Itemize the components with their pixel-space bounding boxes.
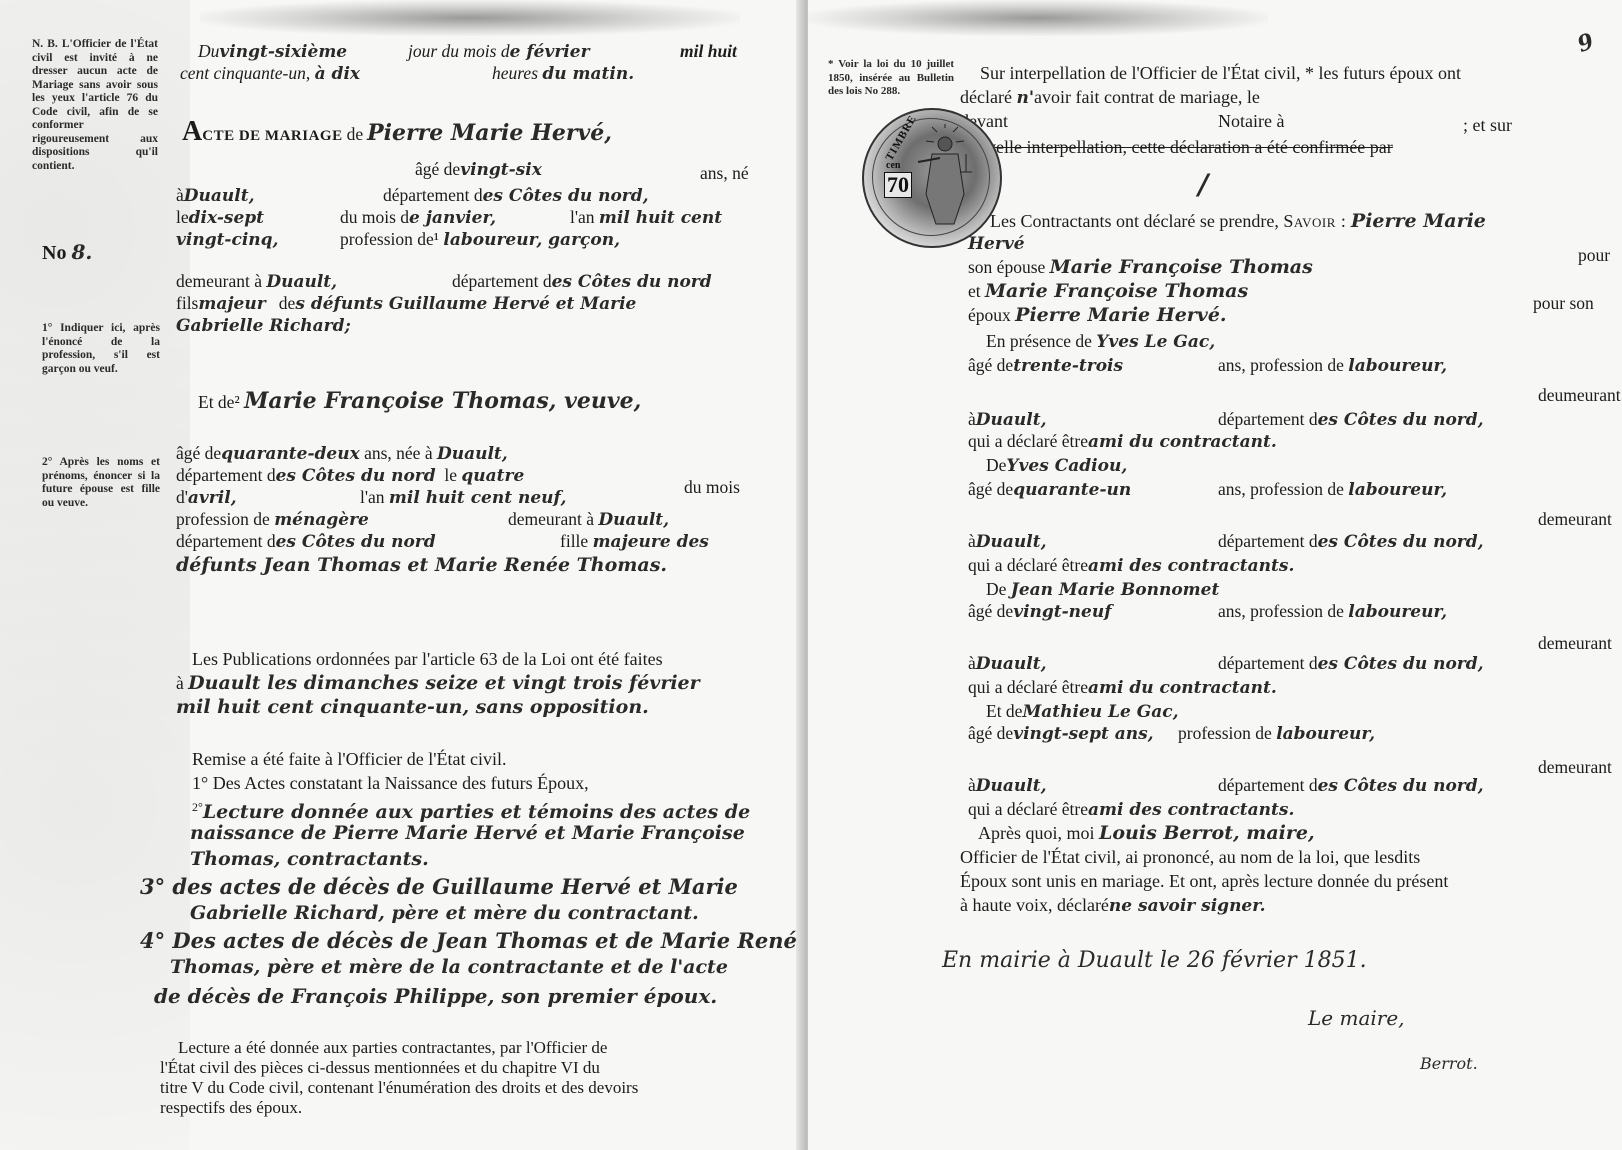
bride-dept-label: département d <box>176 465 276 485</box>
contrat-avoir: avoir fait contrat de mariage, le <box>1034 87 1260 107</box>
witness-1-relation: ami du contractant. <box>1088 432 1277 452</box>
declaration-savoir: Savoir : <box>1283 211 1346 231</box>
margin-note-nb: N. B. L'Officier de l'État civil est inv… <box>32 38 158 173</box>
closing-line-2: Officier de l'État civil, ai prononcé, a… <box>960 846 1420 868</box>
witness-1-relation-line: qui a déclaré êtreami du contractant. <box>968 430 1277 453</box>
act-title: ACTE DE MARIAGE de Pierre Marie Hervé, <box>182 116 612 148</box>
publications-hand-1: Duault les dimanches seize et vingt troi… <box>188 672 700 694</box>
witness-3-profession-label: ans, profession de <box>1218 601 1344 621</box>
witness-2-age-line: âgé dequarante-un <box>968 478 1131 501</box>
witness-3-qui-label: qui a déclaré être <box>968 677 1088 697</box>
bride-du-mois: du mois <box>684 476 740 498</box>
groom-profession-label: profession de¹ <box>340 229 439 249</box>
witness-1-residence-line: àDuault, <box>968 408 1047 431</box>
closing-officer: Louis Berrot, maire, <box>1099 822 1315 844</box>
witness-1-profession-line: ans, profession de laboureur, <box>1218 354 1447 377</box>
bride-birth-dept-line: département des Côtes du nord le quatre <box>176 464 524 487</box>
bride-filiation: majeure des <box>593 532 709 552</box>
witness-1-profession: laboureur, <box>1348 356 1447 376</box>
date-hour: à dix <box>315 64 360 84</box>
groom-lan: l'an <box>570 207 595 227</box>
groom-du-mois: du mois d <box>340 207 409 227</box>
witness-4-relation-line: qui a déclaré êtreami des contractants. <box>968 798 1294 821</box>
groom-res-dept-line: département des Côtes du nord <box>452 270 712 293</box>
contrat-et-sur: ; et sur <box>1463 114 1512 136</box>
bride-profession-label: profession de <box>176 509 270 529</box>
contrat-dash: / <box>1198 168 1208 201</box>
witness-2-dept-line: département des Côtes du nord, <box>1218 530 1484 553</box>
bride-profession-line: profession de ménagère <box>176 508 369 531</box>
remise-line-1: Remise a été faite à l'Officier de l'Éta… <box>192 748 507 770</box>
witness-4-dept-line: département des Côtes du nord, <box>1218 774 1484 797</box>
bride-birth-dept: es Côtes du nord <box>276 466 436 486</box>
witness-4-profession-label: profession de <box>1178 723 1272 743</box>
witness-3-demeurant: demeurant <box>1538 632 1612 654</box>
groom-age-line: âgé devingt-six <box>415 158 542 181</box>
closing-date: En mairie à Duault le 26 février 1851. <box>942 948 1367 973</box>
groom-parents-line-2: Gabrielle Richard; <box>176 314 351 337</box>
witness-4-profession: laboureur, <box>1276 724 1375 744</box>
remise-item3-hand-1: 3° des actes de décès de Guillaume Hervé… <box>140 874 738 899</box>
groom-birthday-line: ledix-sept <box>176 206 264 229</box>
groom-residence-line: demeurant à Duault, <box>176 270 337 293</box>
witness-1-dept-label: département d <box>1218 409 1318 429</box>
witness-4-residence: Duault, <box>976 776 1047 796</box>
date-heures: heures <box>492 63 538 83</box>
witness-4-age-label: âgé de <box>968 723 1013 743</box>
witness-2-dept: es Côtes du nord, <box>1318 532 1484 552</box>
bride-ans-nee: ans, née à <box>364 443 433 463</box>
mayor-signature: Berrot. <box>1420 1054 1478 1073</box>
bride-age-label: âgé de <box>176 443 221 463</box>
bride-parents: défunts Jean Thomas et Marie Renée Thoma… <box>176 554 667 576</box>
declaration-groom-line-2: Hervé <box>968 232 1025 255</box>
bride-filiation-line: fille majeure des <box>560 530 709 553</box>
witness-2-qui-label: qui a déclaré être <box>968 555 1088 575</box>
remise-item2-hand-2: naissance de Pierre Marie Hervé et Marie… <box>190 822 745 844</box>
witness-4-intro: Et deMathieu Le Gac, <box>986 700 1179 723</box>
contrat-line-2: déclaré n'avoir fait contrat de mariage,… <box>960 86 1260 109</box>
remise-item2-line-3: Thomas, contractants. <box>190 848 429 870</box>
bride-age: quarante-deux <box>221 444 360 464</box>
bride-birth-day: quatre <box>461 466 524 486</box>
remise-item2-hand-3: Thomas, contractants. <box>190 848 429 870</box>
witness-4-demeurant: demeurant <box>1538 756 1612 778</box>
declaration-pour-son: pour son <box>1533 292 1594 314</box>
witness-2-name: Yves Cadiou, <box>1006 456 1127 476</box>
remise-item2-line-2: naissance de Pierre Marie Hervé et Marie… <box>190 822 745 844</box>
witness-3-profession-line: ans, profession de laboureur, <box>1218 600 1447 623</box>
groom-parents-1: s défunts Guillaume Hervé et Marie <box>295 294 636 314</box>
witness-2-relation-line: qui a déclaré êtreami des contractants. <box>968 554 1294 577</box>
witness-4-age-line: âgé devingt-sept ans, <box>968 722 1154 745</box>
act-number-label: No <box>42 242 66 264</box>
witness-3-residence: Duault, <box>976 654 1047 674</box>
groom-birthplace-line: àDuault, <box>176 184 255 207</box>
witness-1-residence: Duault, <box>976 410 1047 430</box>
groom-birth-month-line: du mois de janvier, <box>340 206 496 229</box>
remise-item4-hand-2: Thomas, père et mère de la contractante … <box>170 956 728 978</box>
bride-name: Marie Françoise Thomas, veuve, <box>244 388 641 414</box>
publications-hand-line-2: mil huit cent cinquante-un, sans opposit… <box>176 696 649 718</box>
witness-3-intro: De Jean Marie Bonnomet <box>986 578 1219 601</box>
publications-hand-line-1: à Duault les dimanches seize et vingt tr… <box>176 672 700 694</box>
witness-2-residence: Duault, <box>976 532 1047 552</box>
witness-1-age-line: âgé detrente-trois <box>968 354 1123 377</box>
witness-1-intro-label: En présence de <box>986 331 1092 351</box>
witness-4-dept-label: département d <box>1218 775 1318 795</box>
groom-demeurant-label: demeurant à <box>176 271 262 291</box>
witness-3-a: à <box>968 653 976 673</box>
contrat-line-4: nouvelle interpellation, cette déclarati… <box>960 136 1393 158</box>
groom-de: de <box>279 293 296 313</box>
witness-2-a: à <box>968 531 976 551</box>
bride-age-line: âgé dequarante-deux ans, née à Duault, <box>176 442 508 465</box>
bride-lan: l'an <box>360 487 385 507</box>
witness-2-residence-line: àDuault, <box>968 530 1047 553</box>
bride-le: le <box>444 465 457 485</box>
witness-2-intro-label: De <box>986 455 1006 475</box>
declaration-epouse-line: son épouse Marie Françoise Thomas <box>968 256 1313 278</box>
witness-4-dept: es Côtes du nord, <box>1318 776 1484 796</box>
witness-2-dept-label: département d <box>1218 531 1318 551</box>
remise-item2-line-1: 2°Lecture donnée aux parties et témoins … <box>192 796 750 823</box>
witness-4-intro-label: Et de <box>986 701 1022 721</box>
groom-a: à <box>176 185 184 205</box>
declaration-et-line: et Marie Françoise Thomas <box>968 280 1248 302</box>
bride-res-dept-label: département d <box>176 531 276 551</box>
groom-birth-dept: es Côtes du nord, <box>483 186 649 206</box>
act-number: No 8. <box>42 240 92 265</box>
witness-2-profession: laboureur, <box>1348 480 1447 500</box>
groom-dept-label: département d <box>383 185 483 205</box>
declaration-bride: Marie Françoise Thomas <box>1050 256 1313 278</box>
date-month-line: jour du mois de février <box>408 40 590 63</box>
contrat-declare: déclaré <box>960 87 1012 107</box>
date-jour-label: jour du mois d <box>408 41 510 61</box>
witness-2-profession-line: ans, profession de laboureur, <box>1218 478 1447 501</box>
groom-birth-year-2-text: vingt-cinq, <box>176 230 278 250</box>
witness-1-age-label: âgé de <box>968 355 1013 375</box>
stamp-figure-icon <box>910 124 980 232</box>
bride-d: d' <box>176 487 188 507</box>
declaration-son-epouse: son épouse <box>968 257 1045 277</box>
witness-3-dept-label: département d <box>1218 653 1318 673</box>
groom-fils: fils <box>176 293 198 313</box>
witness-2-profession-label: ans, profession de <box>1218 479 1344 499</box>
witness-2-intro: DeYves Cadiou, <box>986 454 1127 477</box>
groom-birthplace: Duault, <box>184 186 255 206</box>
tax-stamp: TIMBRE cen 70 <box>862 108 1002 248</box>
witness-2-relation: ami des contractants. <box>1088 556 1294 576</box>
folio-number: 9 <box>1574 28 1597 58</box>
act-title-rest: CTE DE MARIAGE <box>202 128 342 144</box>
bride-birthplace: Duault, <box>437 444 508 464</box>
witness-3-age-line: âgé devingt-neuf <box>968 600 1112 623</box>
bride-parents-line: défunts Jean Thomas et Marie Renée Thoma… <box>176 554 667 576</box>
declaration-epoux-line: époux Pierre Marie Hervé. <box>968 304 1227 326</box>
bride-profession: ménagère <box>274 510 369 530</box>
date-month: e février <box>510 42 590 62</box>
publications-text: Les Publications ordonnées par l'article… <box>192 648 663 670</box>
date-du: Du <box>198 41 219 61</box>
witness-1-dept-line: département des Côtes du nord, <box>1218 408 1484 431</box>
closing-apres-quoi: Après quoi, moi <box>978 823 1095 843</box>
remise-item4-hand-1: 4° Des actes de décès de Jean Thomas et … <box>140 928 810 953</box>
groom-birth-month: e janvier, <box>409 208 496 228</box>
lecture-line-3: titre V du Code civil, contenant l'énumé… <box>160 1078 638 1098</box>
groom-birth-year-1: mil huit cent <box>599 208 722 228</box>
declaration-groom-1: Pierre Marie <box>1351 210 1486 232</box>
stamp-cen: cen <box>886 160 900 171</box>
remise-item2-hand-1: Lecture donnée aux parties et témoins de… <box>203 801 750 823</box>
witness-1-name: Yves Le Gac, <box>1096 332 1215 352</box>
declaration-et: et <box>968 281 981 301</box>
date-day: vingt-sixième <box>219 42 347 62</box>
stamp-value: 70 <box>884 172 912 198</box>
groom-name: Pierre Marie Hervé, <box>367 120 612 146</box>
closing-declare: à haute voix, déclaré <box>960 895 1109 915</box>
page-shadow <box>808 0 1268 36</box>
groom-le: le <box>176 207 189 227</box>
bride-demeurant-label: demeurant à <box>508 509 594 529</box>
date-year: cinquante-un, <box>214 63 311 83</box>
witness-4-name: Mathieu Le Gac, <box>1022 702 1178 722</box>
date-line-1: Duvingt-sixième <box>198 40 347 63</box>
witness-4-relation: ami des contractants. <box>1088 800 1294 820</box>
groom-ans-ne: ans, né <box>700 162 749 184</box>
margin-note-law: * Voir la loi du 10 juillet 1850, inséré… <box>828 58 954 99</box>
contrat-line-1: Sur interpellation de l'Officier de l'Ét… <box>980 62 1461 84</box>
remise-item3-line-1: 3° des actes de décès de Guillaume Hervé… <box>140 874 738 899</box>
remise-item3-line-2: Gabrielle Richard, père et mère du contr… <box>190 902 699 924</box>
contrat-notaire: Notaire à <box>1218 110 1284 132</box>
declaration-line-1: Les Contractants ont déclaré se prendre,… <box>990 210 1486 232</box>
bride-birth-month-line: d'avril, <box>176 486 237 509</box>
bride-residence: Duault, <box>598 510 669 530</box>
left-page: N. B. L'Officier de l'État civil est inv… <box>0 0 800 1150</box>
publications-hand-2: mil huit cent cinquante-un, sans opposit… <box>176 696 649 718</box>
groom-residence: Duault, <box>266 272 337 292</box>
page-shadow <box>200 0 740 36</box>
groom-birth-day: dix-sept <box>189 208 264 228</box>
witness-3-residence-line: àDuault, <box>968 652 1047 675</box>
margin-note-1: 1° Indiquer ici, après l'énoncé de la pr… <box>42 322 160 376</box>
witness-3-age: vingt-neuf <box>1013 602 1111 622</box>
date-line-2: cent cinquante-un, à dix <box>180 62 360 85</box>
remise-item4-line-3: de décès de François Philippe, son premi… <box>154 984 717 1008</box>
witness-4-a: à <box>968 775 976 795</box>
act-title-de: de <box>347 124 364 144</box>
witness-2-age-label: âgé de <box>968 479 1013 499</box>
witness-3-name: Jean Marie Bonnomet <box>1011 580 1220 600</box>
groom-parents-2: Gabrielle Richard; <box>176 316 351 336</box>
witness-1-age: trente-trois <box>1013 356 1123 376</box>
declaration-groom-2: Hervé <box>968 234 1025 254</box>
act-title-initial: A <box>182 116 202 147</box>
closing-line-1: Après quoi, moi Louis Berrot, maire, <box>978 822 1315 844</box>
witness-3-dept-line: département des Côtes du nord, <box>1218 652 1484 675</box>
witness-1-intro: En présence de Yves Le Gac, <box>986 330 1215 353</box>
witness-4-qui-label: qui a déclaré être <box>968 799 1088 819</box>
witness-2-age: quarante-un <box>1013 480 1131 500</box>
witness-3-profession: laboureur, <box>1348 602 1447 622</box>
witness-1-qui-label: qui a déclaré être <box>968 431 1088 451</box>
witness-3-dept: es Côtes du nord, <box>1318 654 1484 674</box>
lecture-line-2: l'État civil des pièces ci-dessus mentio… <box>160 1058 600 1078</box>
groom-age-label: âgé de <box>415 159 460 179</box>
declaration-bride-2: Marie Françoise Thomas <box>985 280 1248 302</box>
remise-item4-line-1: 4° Des actes de décès de Jean Thomas et … <box>140 928 810 953</box>
margin-note-2: 2° Après les noms et prénoms, énoncer si… <box>42 456 160 510</box>
groom-profession: laboureur, garçon, <box>443 230 620 250</box>
witness-1-demeurant: deumeurant <box>1538 384 1621 406</box>
remise-item2-prefix: 2° <box>192 800 203 814</box>
declaration-text: Les Contractants ont déclaré se prendre, <box>990 211 1279 231</box>
date-mil-huit: mil huit <box>680 40 737 62</box>
date-period-line: heures du matin. <box>492 62 634 85</box>
witness-4-profession-line: profession de laboureur, <box>1178 722 1375 745</box>
groom-filiation: majeur <box>198 294 265 314</box>
remise-line-2: 1° Des Actes constatant la Naissance des… <box>192 772 589 794</box>
witness-4-residence-line: àDuault, <box>968 774 1047 797</box>
remise-item3-hand-2: Gabrielle Richard, père et mère du contr… <box>190 902 699 924</box>
witness-2-demeurant: demeurant <box>1538 508 1612 530</box>
witness-3-relation: ami du contractant. <box>1088 678 1277 698</box>
witness-3-intro-label: De <box>986 579 1006 599</box>
publications-a: à <box>176 673 184 693</box>
groom-birth-year-line: l'an mil huit cent <box>570 206 722 229</box>
closing-le-maire: Le maire, <box>1308 1006 1405 1030</box>
bride-birth-year-line: l'an mil huit cent neuf, <box>360 486 566 509</box>
groom-birth-dept-line: département des Côtes du nord, <box>383 184 649 207</box>
groom-birth-year-2: vingt-cinq, <box>176 228 278 251</box>
remise-item4-hand-3: de décès de François Philippe, son premi… <box>154 984 717 1008</box>
remise-item4-line-2: Thomas, père et mère de la contractante … <box>170 956 728 978</box>
bride-residence-line: demeurant à Duault, <box>508 508 669 531</box>
witness-3-relation-line: qui a déclaré êtreami du contractant. <box>968 676 1277 699</box>
act-number-value: 8. <box>71 240 92 264</box>
witness-1-dept: es Côtes du nord, <box>1318 410 1484 430</box>
bride-birth-year: mil huit cent neuf, <box>389 488 566 508</box>
lecture-line-1: Lecture a été donnée aux parties contrac… <box>178 1038 607 1058</box>
bride-res-dept-line: département des Côtes du nord <box>176 530 436 553</box>
groom-age: vingt-six <box>460 160 542 180</box>
declaration-pour: pour <box>1578 244 1610 266</box>
bride-et-de: Et de² <box>198 392 240 412</box>
bride-birth-month: avril, <box>188 488 237 508</box>
witness-1-profession-label: ans, profession de <box>1218 355 1344 375</box>
closing-line-4: à haute voix, déclaréne savoir signer. <box>960 894 1266 917</box>
closing-line-3: Époux sont unis en mariage. Et ont, aprè… <box>960 870 1448 892</box>
lecture-line-4: respectifs des époux. <box>160 1098 302 1118</box>
witness-3-age-label: âgé de <box>968 601 1013 621</box>
groom-res-dept-label: département d <box>452 271 552 291</box>
date-cent: cent <box>180 63 209 83</box>
declaration-groom-3: Pierre Marie Hervé. <box>1015 304 1226 326</box>
date-period: du matin. <box>542 64 634 84</box>
declaration-epoux: époux <box>968 305 1011 325</box>
groom-res-dept: es Côtes du nord <box>552 272 712 292</box>
contrat-n: n' <box>1016 88 1034 108</box>
bride-fille: fille <box>560 531 588 551</box>
bride-name-line: Et de² Marie Françoise Thomas, veuve, <box>198 390 641 413</box>
closing-signer: ne savoir signer. <box>1109 896 1266 916</box>
bride-res-dept: es Côtes du nord <box>276 532 436 552</box>
groom-filiation-line: filsmajeur des défunts Guillaume Hervé e… <box>176 292 636 315</box>
witness-4-age: vingt-sept ans, <box>1013 724 1153 744</box>
witness-1-a: à <box>968 409 976 429</box>
groom-profession-line: profession de¹ laboureur, garçon, <box>340 228 620 251</box>
